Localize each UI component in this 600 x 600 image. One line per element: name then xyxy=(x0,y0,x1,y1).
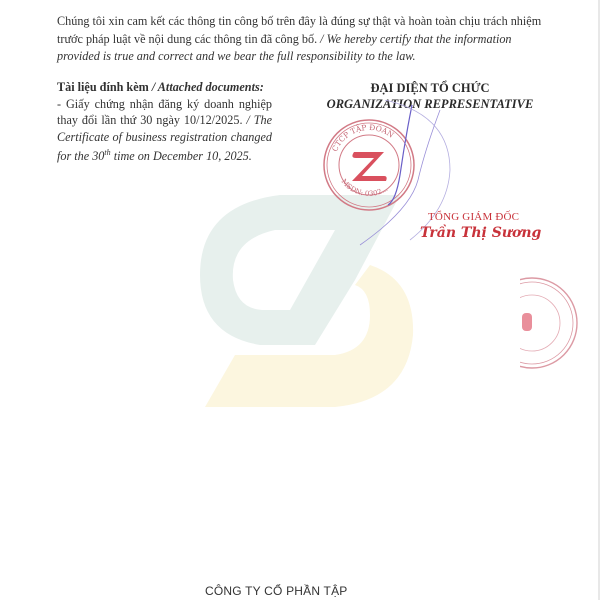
attachments-heading: Tài liệu đính kèm / Attached documents: xyxy=(57,79,272,96)
representative-title-vn: ĐẠI DIỆN TỔ CHỨC xyxy=(310,80,550,96)
company-name-footer: CÔNG TY CỔ PHẦN TẬP xyxy=(205,584,348,598)
representative-name: Trần Thị Sương xyxy=(420,225,541,241)
partial-stamp-icon xyxy=(520,268,600,378)
certification-statement: Chúng tôi xin cam kết các thông tin công… xyxy=(57,13,552,66)
representative-position: TỔNG GIÁM ĐỐC xyxy=(428,211,519,223)
attachment-item: - Giấy chứng nhận đăng ký doanh nghiệp t… xyxy=(57,96,272,165)
attachments-section: Tài liệu đính kèm / Attached documents: … xyxy=(57,79,272,165)
document-page: Chúng tôi xin cam kết các thông tin công… xyxy=(0,0,600,600)
